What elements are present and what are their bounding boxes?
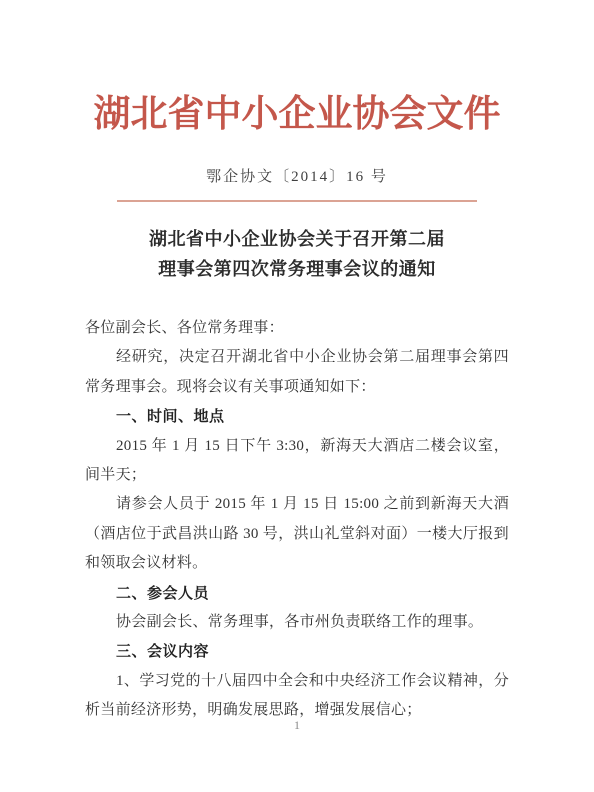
section-heading-1: 一、时间、地点 [85, 402, 509, 431]
section-heading-2: 二、参会人员 [85, 579, 509, 608]
document-title: 湖北省中小企业协会关于召开第二届 理事会第四次常务理事会议的通知 [0, 224, 594, 284]
body-line: 常务理事会。现将会议有关事项通知如下： [85, 373, 509, 402]
body-line: 经研究，决定召开湖北省中小企业协会第二届理事会第四次 [85, 343, 509, 372]
body-line: 和领取会议材料。 [85, 549, 509, 578]
document-title-line-1: 湖北省中小企业协会关于召开第二届 [0, 224, 594, 254]
body-line: 1、学习党的十八届四中全会和中央经济工作会议精神，分 [85, 667, 509, 696]
page-number: 1 [0, 717, 594, 733]
document-page: 湖北省中小企业协会文件 鄂企协文〔2014〕16 号 湖北省中小企业协会关于召开… [0, 0, 594, 792]
body-line-salutation: 各位副会长、各位常务理事： [85, 314, 509, 343]
letterhead-title: 湖北省中小企业协会文件 [0, 90, 594, 140]
section-heading-3: 三、会议内容 [85, 637, 509, 666]
body-line: （酒店位于武昌洪山路 30 号，洪山礼堂斜对面）一楼大厅报到 [85, 520, 509, 549]
document-body: 各位副会长、各位常务理事： 经研究，决定召开湖北省中小企业协会第二届理事会第四次… [85, 314, 509, 725]
document-title-line-2: 理事会第四次常务理事会议的通知 [0, 254, 594, 284]
document-number: 鄂企协文〔2014〕16 号 [0, 166, 594, 188]
red-rule-divider [117, 200, 477, 202]
body-line: 2015 年 1 月 15 日下午 3:30，新海天大酒店二楼会议室，时 [85, 432, 509, 461]
body-line: 请参会人员于 2015 年 1 月 15 日 15:00 之前到新海天大酒店 [85, 490, 509, 519]
body-line: 协会副会长、常务理事，各市州负责联络工作的理事。 [85, 608, 509, 637]
body-line: 间半天； [85, 461, 509, 490]
